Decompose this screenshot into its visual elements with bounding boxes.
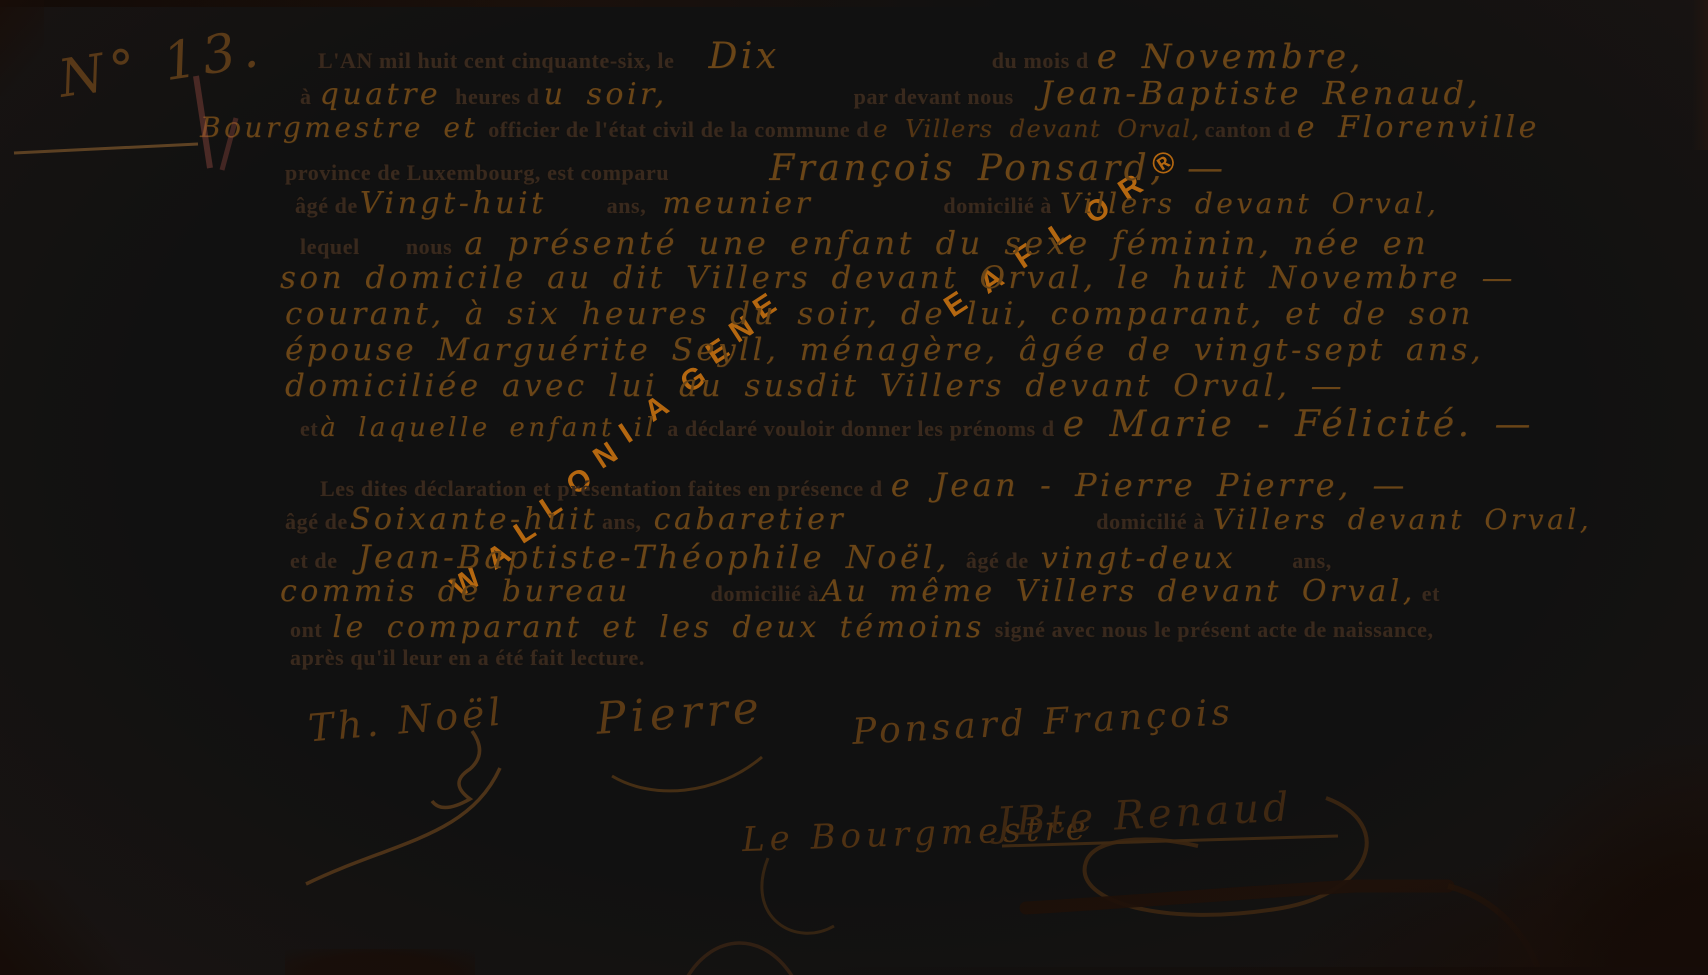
- handwritten-text: Dix: [709, 36, 780, 77]
- printed-text: province de Luxembourg, est comparu: [285, 160, 669, 186]
- printed-text: âgé de: [285, 509, 348, 535]
- printed-text: ans,: [607, 193, 647, 219]
- printed-text: ans,: [602, 509, 642, 535]
- handwritten-text: a présenté une enfant du sexe féminin, n…: [464, 224, 1429, 262]
- document-line: commis de bureau domicilié à Au même Vil…: [0, 574, 1708, 609]
- scan-edge-top: [0, 0, 1010, 7]
- document-line: lequel nous a présenté une enfant du sex…: [0, 224, 1708, 262]
- printed-text: après qu'il leur en a été fait lecture.: [290, 645, 645, 671]
- printed-text: et de: [290, 548, 338, 574]
- printed-text: ont: [290, 617, 322, 643]
- printed-text: et: [300, 416, 318, 442]
- scanned-birth-record: WALLONIAGENEEAFLOR® N° 13. L'AN mil huit…: [0, 0, 1708, 975]
- scan-corner-bottom-left: [0, 880, 120, 975]
- printed-text: et: [1422, 581, 1440, 607]
- document-line: à quatre heures d u soir, par devant nou…: [0, 74, 1708, 112]
- handwritten-text: Villers devant Orval,: [1213, 503, 1592, 536]
- printed-text: domicilié à: [943, 193, 1052, 219]
- printed-text: ans,: [1292, 548, 1332, 574]
- document-line: L'AN mil huit cent cinquante-six, le Dix…: [0, 36, 1708, 77]
- handwritten-text: Jean-Baptiste Renaud,: [1040, 74, 1481, 112]
- handwritten-text: e Marie - Félicité. —: [1063, 404, 1534, 445]
- printed-text: heures d: [455, 84, 539, 110]
- handwritten-text: épouse Marguérite Seyll, ménagère, âgée …: [285, 332, 1484, 368]
- handwritten-text: son domicile au dit Villers devant Orval…: [280, 260, 1516, 296]
- printed-text: signé avec nous le présent acte de naiss…: [995, 617, 1434, 643]
- handwritten-text: vingt-deux: [1041, 541, 1236, 576]
- handwritten-text: e Jean - Pierre Pierre, —: [891, 466, 1408, 504]
- handwritten-text: meunier: [662, 186, 813, 221]
- signature-noel: Th. Noël: [306, 690, 506, 751]
- document-line: Les dites déclaration et présentation fa…: [0, 466, 1708, 504]
- printed-text: lequel: [300, 234, 360, 260]
- scan-corner-bottom-right: [1498, 745, 1708, 975]
- signature-renaud: JBte Renaud: [995, 784, 1294, 845]
- handwritten-text: e Novembre,: [1097, 37, 1364, 77]
- signature-flourish-pierre: [612, 757, 762, 791]
- document-line: et de Jean-Baptiste-Théophile Noël, âgé …: [0, 538, 1708, 576]
- handwritten-text: e Villers devant Orval,: [873, 115, 1200, 143]
- signature-flourish-noel: [432, 731, 480, 808]
- handwritten-text: u soir,: [544, 77, 668, 112]
- printed-text: a déclaré vouloir donner les prénoms d: [667, 416, 1054, 442]
- printed-text: âgé de: [295, 193, 358, 219]
- document-line: ont le comparant et les deux témoins sig…: [0, 610, 1708, 645]
- scan-bottom-blob: [285, 949, 475, 975]
- printed-text: à: [300, 84, 312, 110]
- handwritten-text: e Florenville: [1297, 110, 1540, 145]
- handwritten-text: Au même Villers devant Orval,: [821, 574, 1416, 609]
- handwritten-text: courant, à six heures du soir, de lui, c…: [285, 296, 1474, 332]
- handwritten-text: quatre: [320, 77, 442, 112]
- document-line: âgé de Vingt-huit ans, meunier domicilié…: [0, 186, 1708, 221]
- handwritten-text: cabaretier: [654, 502, 847, 537]
- document-line: après qu'il leur en a été fait lecture.: [0, 645, 1708, 671]
- printed-text: L'AN mil huit cent cinquante-six, le: [318, 48, 675, 74]
- printed-text: domicilié à: [1096, 509, 1205, 535]
- document-line: courant, à six heures du soir, de lui, c…: [0, 296, 1708, 332]
- document-line: Bourgmestre et officier de l'état civil …: [0, 110, 1708, 145]
- printed-text: Les dites déclaration et présentation fa…: [320, 476, 883, 502]
- handwritten-text: Bourgmestre et: [200, 111, 478, 144]
- handwritten-text: le comparant et les deux témoins: [332, 610, 984, 645]
- handwritten-text: Villers devant Orval,: [1060, 187, 1439, 220]
- document-line: épouse Marguérite Seyll, ménagère, âgée …: [0, 332, 1708, 368]
- document-line: âgé de Soixante-huit ans, cabaretier dom…: [0, 502, 1708, 537]
- printed-text: domicilié à: [711, 581, 820, 607]
- bottom-ink-arc: [688, 943, 792, 975]
- document-line: son domicile au dit Villers devant Orval…: [0, 260, 1708, 296]
- handwritten-text: commis de bureau: [280, 574, 631, 609]
- printed-text: par devant nous: [854, 84, 1014, 110]
- printed-text: officier de l'état civil de la commune d: [488, 117, 869, 143]
- handwritten-text: domiciliée avec lui au susdit Villers de…: [285, 368, 1345, 404]
- signature-ponsard: Ponsard François: [851, 692, 1235, 753]
- printed-text: du mois d: [992, 48, 1089, 74]
- printed-text: nous: [406, 234, 452, 260]
- signature-stroke-tail: [1448, 886, 1540, 975]
- printed-text: canton d: [1205, 117, 1291, 143]
- scan-shadow-bottom-right: [1278, 845, 1708, 975]
- printed-text: âgé de: [966, 548, 1029, 574]
- handwritten-text: François Ponsard, —: [769, 148, 1226, 189]
- signature-thick-stroke: [1026, 886, 1448, 908]
- document-line: province de Luxembourg, est comparu Fran…: [0, 148, 1708, 189]
- document-line: domiciliée avec lui au susdit Villers de…: [0, 368, 1708, 404]
- handwritten-text: Vingt-huit: [360, 186, 547, 221]
- handwritten-text: à laquelle enfant il: [320, 413, 657, 443]
- handwritten-text: Soixante-huit: [350, 502, 598, 537]
- scan-edge-bottom: [808, 967, 1708, 975]
- signature-flourish-noel-sweep: [306, 768, 500, 884]
- bourgmestre-descender: [762, 858, 834, 933]
- handwritten-text: Jean-Baptiste-Théophile Noël,: [358, 538, 950, 576]
- signature-pierre: Pierre: [594, 682, 765, 745]
- document-line: et à laquelle enfant il a déclaré vouloi…: [0, 404, 1708, 445]
